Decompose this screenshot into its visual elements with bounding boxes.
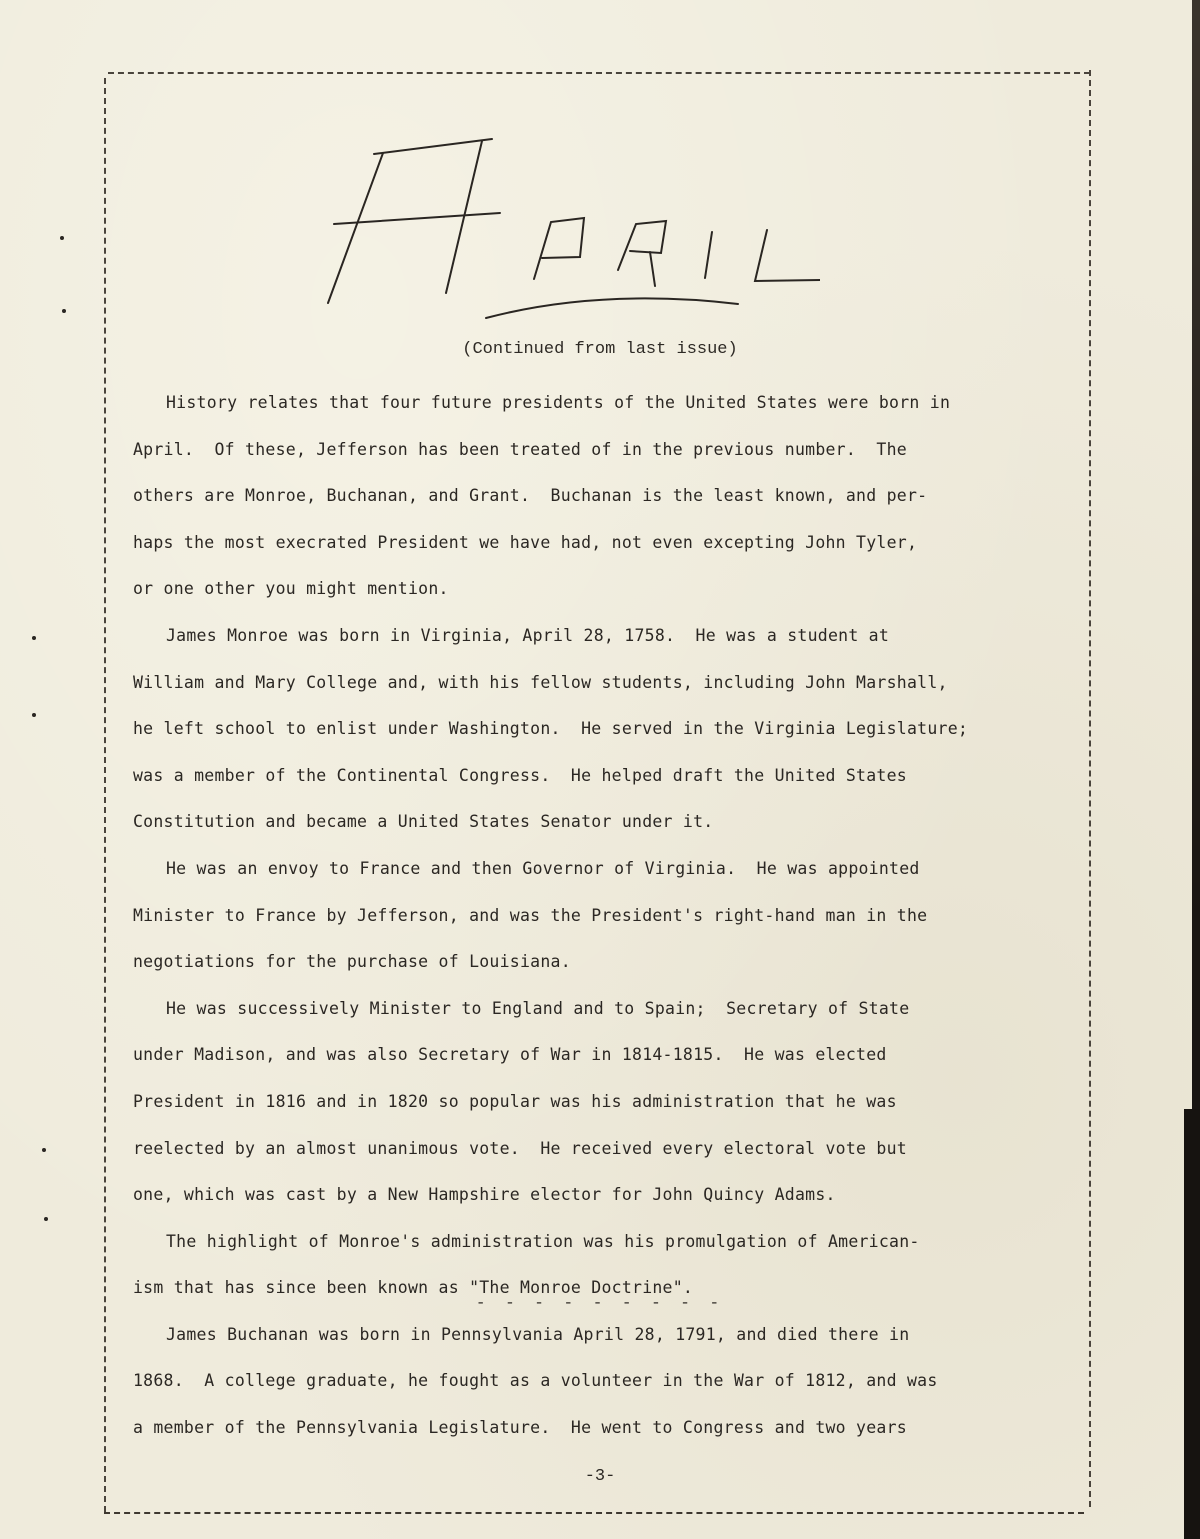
margin-speck <box>62 309 66 313</box>
text-line: he left school to enlist under Washingto… <box>133 706 1093 753</box>
text-line: April. Of these, Jefferson has been trea… <box>133 427 1093 474</box>
text-line: James Buchanan was born in Pennsylvania … <box>133 1312 1093 1359</box>
text-line: James Monroe was born in Virginia, April… <box>133 613 1093 660</box>
text-line: He was successively Minister to England … <box>133 986 1093 1033</box>
paragraph: He was an envoy to France and then Gover… <box>133 846 1093 986</box>
text-line: Constitution and became a United States … <box>133 799 1093 846</box>
text-line: History relates that four future preside… <box>133 380 1093 427</box>
continued-note: (Continued from last issue) <box>0 340 1200 359</box>
margin-speck <box>32 713 36 717</box>
margin-speck <box>42 1148 46 1152</box>
text-line: one, which was cast by a New Hampshire e… <box>133 1172 1093 1219</box>
margin-speck <box>44 1217 48 1221</box>
paragraph: James Monroe was born in Virginia, April… <box>133 613 1093 846</box>
text-line: reelected by an almost unanimous vote. H… <box>133 1126 1093 1173</box>
text-line: He was an envoy to France and then Gover… <box>133 846 1093 893</box>
page-number: -3- <box>0 1467 1200 1486</box>
title-april-handdrawn <box>300 120 820 320</box>
text-line: or one other you might mention. <box>133 566 1093 613</box>
text-line: was a member of the Continental Congress… <box>133 753 1093 800</box>
text-line: under Madison, and was also Secretary of… <box>133 1032 1093 1079</box>
margin-speck <box>32 636 36 640</box>
section-separator: - - - - - - - - - <box>0 1296 1200 1310</box>
frame-bottom-border <box>104 1512 1084 1514</box>
margin-speck <box>60 236 64 240</box>
text-line: Minister to France by Jefferson, and was… <box>133 893 1093 940</box>
article-body: History relates that four future preside… <box>133 380 1093 1452</box>
text-line: others are Monroe, Buchanan, and Grant. … <box>133 473 1093 520</box>
text-line: The highlight of Monroe's administration… <box>133 1219 1093 1266</box>
text-line: William and Mary College and, with his f… <box>133 660 1093 707</box>
text-line: negotiations for the purchase of Louisia… <box>133 939 1093 986</box>
paragraph: History relates that four future preside… <box>133 380 1093 613</box>
frame-top-border <box>108 72 1090 74</box>
text-line: 1868. A college graduate, he fought as a… <box>133 1358 1093 1405</box>
paragraph: James Buchanan was born in Pennsylvania … <box>133 1312 1093 1452</box>
text-line: a member of the Pennsylvania Legislature… <box>133 1405 1093 1452</box>
text-line: President in 1816 and in 1820 so popular… <box>133 1079 1093 1126</box>
paragraph: He was successively Minister to England … <box>133 986 1093 1219</box>
text-line: haps the most execrated President we hav… <box>133 520 1093 567</box>
page-title: APRIL <box>320 180 323 181</box>
